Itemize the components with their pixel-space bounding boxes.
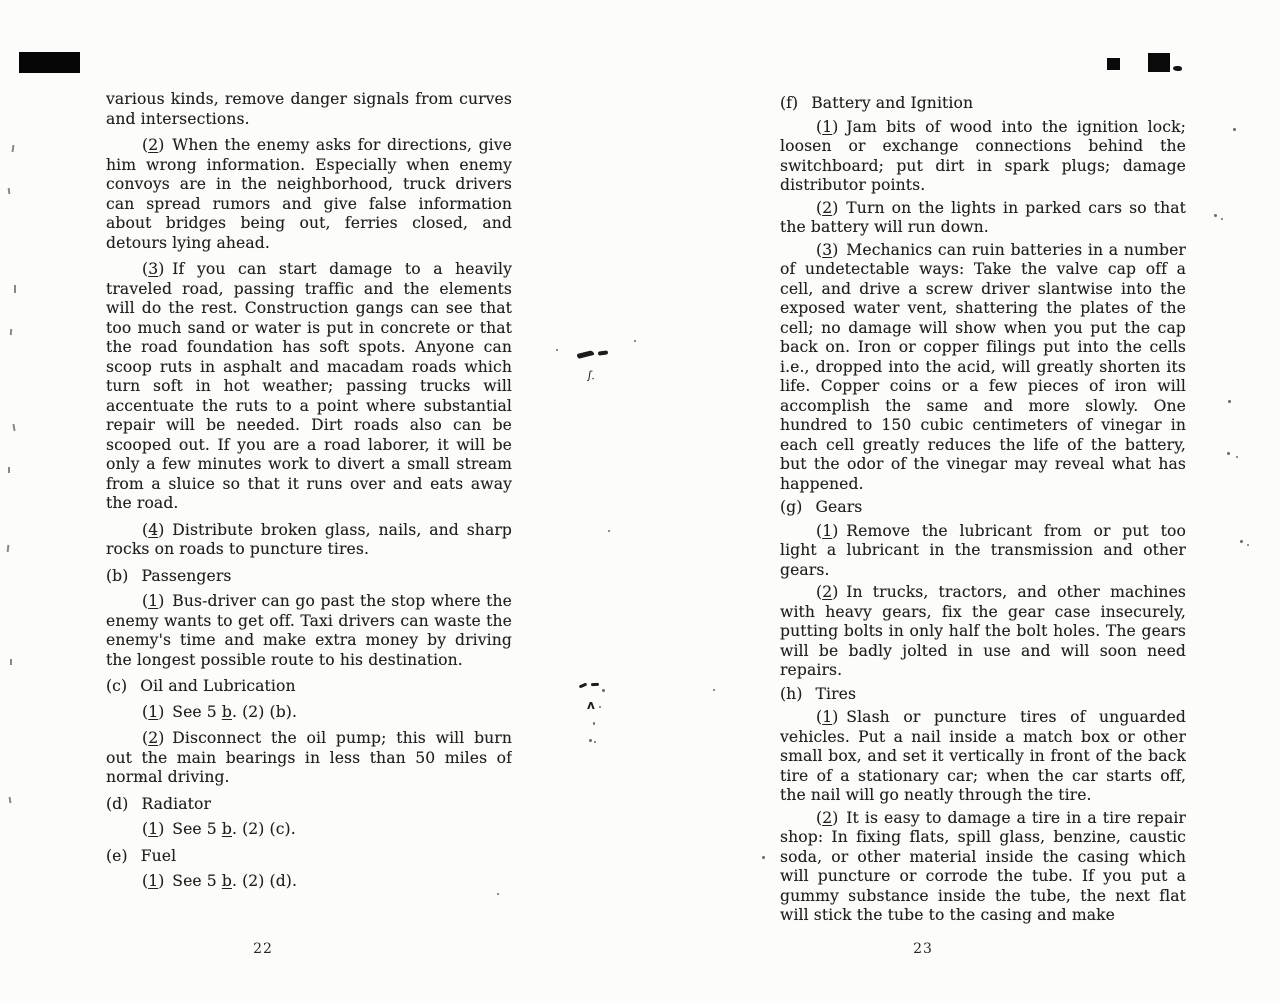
section-title: Gears: [815, 498, 862, 516]
section-title: Tires: [816, 685, 857, 703]
section-heading: (c)Oil and Lubrication: [106, 677, 512, 697]
section-heading: (h)Tires: [780, 685, 1186, 705]
ink-speck: [1233, 128, 1236, 131]
page-number-left: 22: [246, 941, 280, 957]
paragraph: (1) Remove the lubricant from or put too…: [780, 522, 1186, 581]
section-label: (c): [106, 677, 127, 695]
paragraph: (4) Distribute broken glass, nails, and …: [106, 521, 512, 560]
ink-speck: [599, 706, 601, 708]
ink-speck: [1236, 456, 1238, 458]
margin-tick: [12, 424, 15, 431]
section-title: Radiator: [141, 795, 211, 813]
page-left-column: various kinds, remove danger signals fro…: [106, 90, 512, 935]
section-heading: (b)Passengers: [106, 567, 512, 587]
ink-square-large: [1148, 53, 1170, 72]
margin-tick: [14, 285, 16, 293]
section-label: (d): [106, 795, 128, 813]
margin-tick: [10, 659, 12, 665]
ink-square-small: [1107, 58, 1120, 70]
redaction-bar: [19, 52, 80, 73]
section-heading: (e)Fuel: [106, 847, 512, 867]
ink-speck: [762, 856, 765, 859]
section-title: Fuel: [141, 847, 176, 865]
margin-tick: [7, 545, 10, 552]
section-title: Battery and Ignition: [811, 94, 973, 112]
section-label: (e): [106, 847, 128, 865]
section-heading: (f)Battery and Ignition: [780, 94, 1186, 114]
ink-speck: [1240, 540, 1243, 543]
paragraph: (1) See 5 b. (2) (b).: [106, 703, 512, 723]
ink-speck: [608, 530, 610, 532]
section-heading: (g)Gears: [780, 498, 1186, 518]
paragraph: (2) In trucks, tractors, and other machi…: [780, 583, 1186, 681]
ink-smudge: ʌ: [587, 698, 595, 712]
section-label: (g): [780, 498, 802, 516]
ink-speck: [602, 689, 605, 692]
paragraph: (1) See 5 b. (2) (d).: [106, 872, 512, 892]
margin-tick: [10, 329, 13, 335]
section-title: Oil and Lubrication: [140, 677, 295, 695]
paragraph: (2) It is easy to damage a tire in a tir…: [780, 809, 1186, 926]
paragraph: various kinds, remove danger signals fro…: [106, 90, 512, 129]
section-label: (b): [106, 567, 128, 585]
section-title: Passengers: [141, 567, 231, 585]
ink-speck: [1228, 400, 1231, 403]
paragraph: (2) Disconnect the oil pump; this will b…: [106, 729, 512, 788]
ink-blob: [1173, 66, 1182, 71]
page-right-column: (f)Battery and Ignition(1) Jam bits of w…: [780, 90, 1186, 935]
paragraph: (1) See 5 b. (2) (c).: [106, 820, 512, 840]
margin-tick: [12, 145, 15, 152]
paragraph: (3) Mechanics can ruin batteries in a nu…: [780, 241, 1186, 495]
margin-tick: [8, 188, 11, 194]
ink-speck: [1214, 214, 1217, 217]
ink-speck: [713, 689, 715, 691]
ink-smudge: [598, 350, 608, 355]
ink-speck: [594, 741, 596, 743]
ink-speck: [634, 340, 636, 342]
section-label: (h): [780, 685, 803, 703]
margin-tick: [9, 797, 12, 803]
ink-smudge: ʃ.: [587, 369, 596, 383]
paragraph: (2) Turn on the lights in parked cars so…: [780, 199, 1186, 238]
ink-speck: [1221, 218, 1223, 220]
paragraph: (1) Jam bits of wood into the ignition l…: [780, 118, 1186, 196]
ink-speck: [593, 722, 595, 725]
paragraph: (1) Slash or puncture tires of unguarded…: [780, 708, 1186, 806]
paragraph: (3) If you can start damage to a heavily…: [106, 260, 512, 514]
page-number-right: 23: [906, 941, 940, 957]
ink-smudge: [579, 683, 588, 689]
paragraph: (2) When the enemy asks for directions, …: [106, 136, 512, 253]
section-heading: (d)Radiator: [106, 795, 512, 815]
ink-speck: [589, 739, 592, 742]
scanned-page-spread: ʃ. ʌ various kinds, remove danger signal…: [0, 0, 1280, 1003]
ink-speck: [556, 349, 558, 351]
section-label: (f): [780, 94, 798, 112]
paragraph: (1) Bus-driver can go past the stop wher…: [106, 592, 512, 670]
margin-tick: [8, 467, 10, 473]
ink-speck: [1227, 452, 1230, 455]
ink-smudge: [577, 350, 595, 359]
ink-speck: [1247, 544, 1249, 546]
ink-smudge: [591, 683, 599, 687]
